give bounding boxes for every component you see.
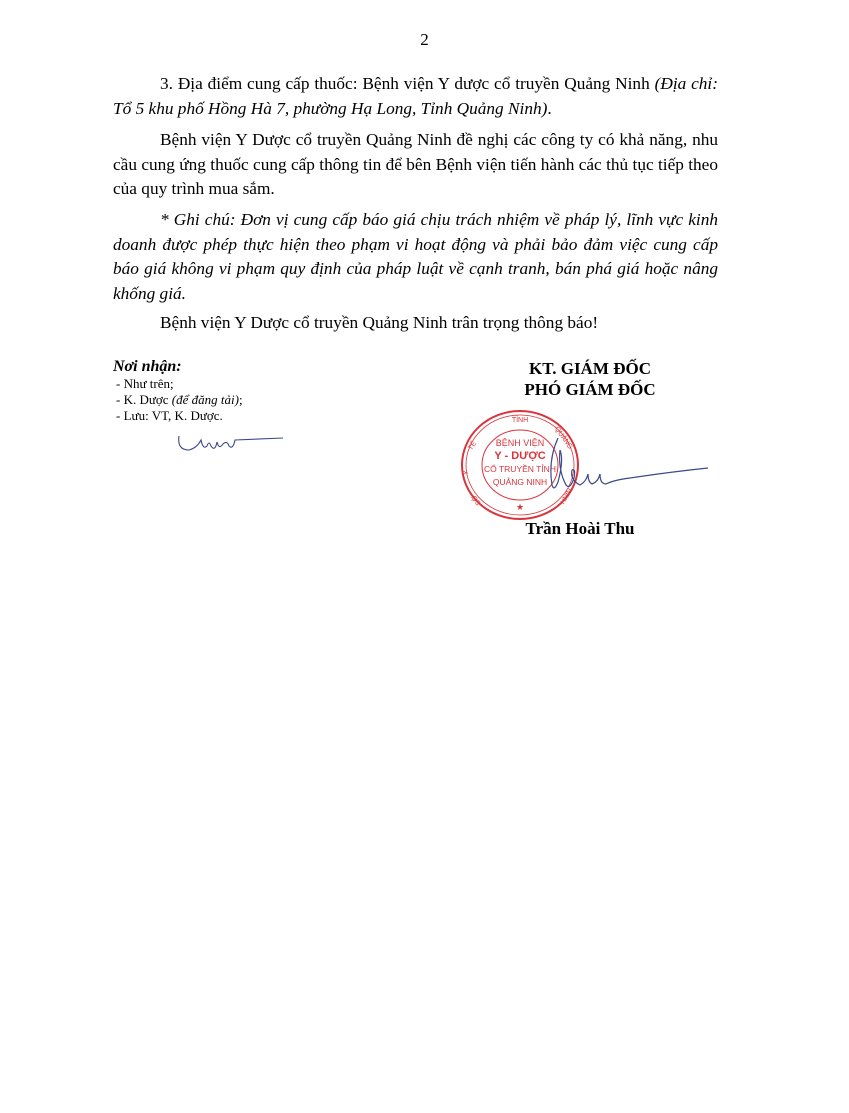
recipients-heading: Nơi nhận: xyxy=(113,358,243,376)
paragraph-note: * Ghi chú: Đơn vị cung cấp báo giá chịu … xyxy=(113,208,718,306)
note-text: * Ghi chú: Đơn vị cung cấp báo giá chịu … xyxy=(113,208,718,306)
svg-text:Y: Y xyxy=(463,470,470,476)
location-prefix: 3. Địa điểm cung cấp thuốc: Bệnh viện Y … xyxy=(160,74,650,93)
recipient-item: - Như trên; xyxy=(113,376,243,392)
closing-text: Bệnh viện Y Dược cổ truyền Quảng Ninh tr… xyxy=(113,311,718,336)
signer-title: KT. GIÁM ĐỐC PHÓ GIÁM ĐỐC xyxy=(470,358,710,400)
svg-text:★: ★ xyxy=(516,502,524,512)
stamp-top-word: TỈNH xyxy=(512,415,528,424)
paragraph-request: Bệnh viện Y Dược cổ truyền Quảng Ninh đề… xyxy=(113,128,718,202)
signer-title-line1: KT. GIÁM ĐỐC xyxy=(470,358,710,379)
request-text: Bệnh viện Y Dược cổ truyền Quảng Ninh đề… xyxy=(113,128,718,202)
signer-name: Trần Hoài Thu xyxy=(505,519,655,539)
recipients-block: Nơi nhận: - Như trên; - K. Dược (để đăng… xyxy=(113,358,243,424)
director-signature xyxy=(530,430,710,500)
recipient-item: - K. Dược (để đăng tải); xyxy=(113,392,243,408)
signer-title-line2: PHÓ GIÁM ĐỐC xyxy=(470,379,710,400)
location-suffix: . xyxy=(547,99,551,118)
paragraph-location: 3. Địa điểm cung cấp thuốc: Bệnh viện Y … xyxy=(113,72,718,121)
page-number: 2 xyxy=(0,30,849,50)
initial-signature xyxy=(175,428,285,458)
recipient-item: - Lưu: VT, K. Dược. xyxy=(113,408,243,424)
paragraph-closing: Bệnh viện Y Dược cổ truyền Quảng Ninh tr… xyxy=(113,311,718,336)
